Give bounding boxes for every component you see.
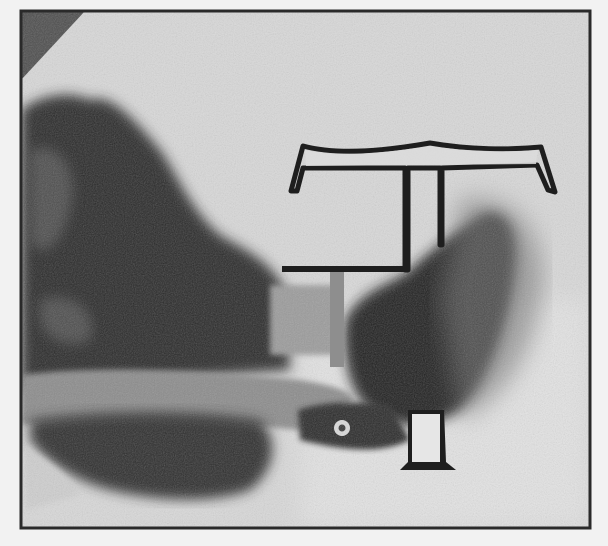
drop-cap-illustration xyxy=(0,0,608,546)
